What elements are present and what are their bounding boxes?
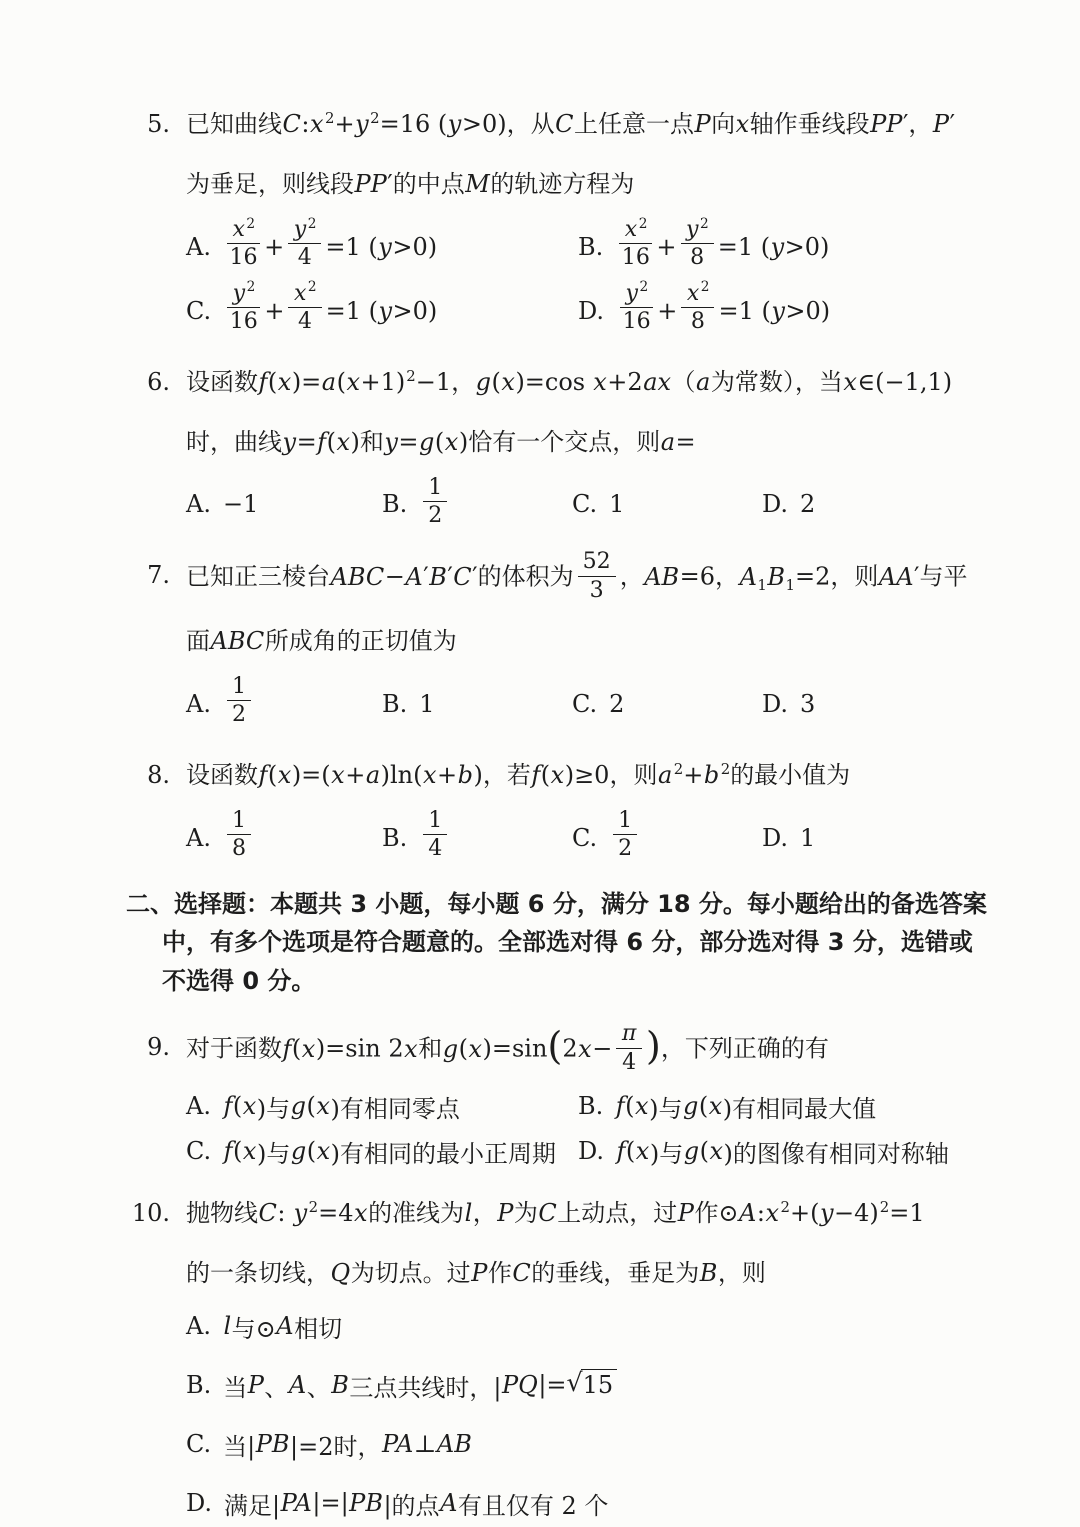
question-number: 8. <box>130 751 186 865</box>
option-A: A.x216+y24=1 (y>0) <box>186 220 578 274</box>
option-label: A. <box>186 490 211 518</box>
fraction: y28 <box>681 217 714 271</box>
option-label: D. <box>762 490 788 518</box>
option-label: B. <box>578 1092 603 1120</box>
option-label: B. <box>382 824 407 852</box>
option-label: C. <box>186 1430 211 1458</box>
option-D: D.3 <box>762 677 1020 731</box>
option-label: C. <box>186 297 211 325</box>
fraction: y216 <box>620 281 653 335</box>
question-stem-line: 为垂足，则线段PP′的中点M的轨迹方程为 <box>186 160 1020 208</box>
option-C: C.当|PB|=2时，PA⊥AB <box>186 1427 1020 1462</box>
option-text: 1 <box>800 824 815 852</box>
question-9: 9.对于函数f(x)=sin 2x和g(x)=sin(2x−π4)，下列正确的有… <box>130 1023 1020 1169</box>
option-text: x216+y24=1 (y>0) <box>223 220 437 274</box>
question-number: 10. <box>130 1189 186 1521</box>
option-B: B.12 <box>382 478 572 532</box>
option-A: A.−1 <box>186 478 382 532</box>
fraction: x216 <box>227 217 260 271</box>
question-body: 设函数f(x)=a(x+1)2−1，g(x)=cos x+2ax（a为常数），当… <box>186 358 1020 532</box>
fraction: 12 <box>613 808 637 862</box>
question-body: 已知曲线C:x2+y2=16 (y>0)，从C上任意一点P向x轴作垂线段PP′，… <box>186 100 1020 338</box>
question-stem-line: 面ABC所成角的正切值为 <box>186 617 1020 665</box>
questions-container: 5.已知曲线C:x2+y2=16 (y>0)，从C上任意一点P向x轴作垂线段PP… <box>130 100 1020 1521</box>
question-stem-line: 对于函数f(x)=sin 2x和g(x)=sin(2x−π4)，下列正确的有 <box>186 1023 1020 1077</box>
options-grid: A.l与⊙A相切B.当P、A、B三点共线时，|PQ|=√15C.当|PB|=2时… <box>186 1309 1020 1521</box>
question-stem-line: 已知正三棱台ABC−A′B′C′的体积为523，AB=6，A1B1=2，则AA′… <box>186 551 1020 605</box>
question-stem-line: 的一条切线，Q为切点。过P作C的垂线，垂足为B，则 <box>186 1249 1020 1297</box>
option-label: A. <box>186 690 211 718</box>
option-text: y216+x24=1 (y>0) <box>223 284 437 338</box>
fraction: x216 <box>619 217 652 271</box>
question-stem-line: 抛物线C: y2=4x的准线为l，P为C上动点，过P作⊙A:x2+(y−4)2=… <box>186 1189 1020 1237</box>
option-text: 1 <box>609 490 624 518</box>
option-C: C.2 <box>572 677 762 731</box>
option-text: 2 <box>609 690 624 718</box>
fraction: x24 <box>288 281 321 335</box>
option-D: D.1 <box>762 811 1020 865</box>
option-C: C.1 <box>572 478 762 532</box>
question-stem-line: 已知曲线C:x2+y2=16 (y>0)，从C上任意一点P向x轴作垂线段PP′，… <box>186 100 1020 148</box>
section-header-line: 不选得 0 分。 <box>126 962 1020 1001</box>
question-stem-line: 设函数f(x)=(x+a)ln(x+b)，若f(x)≥0，则a2+b2的最小值为 <box>186 751 1020 799</box>
option-C: C.12 <box>572 811 762 865</box>
option-text: 12 <box>419 478 451 532</box>
option-B: B.f(x)与g(x)有相同最大值 <box>578 1089 1020 1124</box>
option-text: 当P、A、B三点共线时，|PQ|=√15 <box>223 1368 617 1403</box>
option-B: B.14 <box>382 811 572 865</box>
fraction: 12 <box>227 674 251 728</box>
option-label: C. <box>186 1137 211 1165</box>
fraction: 12 <box>423 475 447 529</box>
section-2-header: 二、选择题：本题共 3 小题，每小题 6 分，满分 18 分。每小题给出的备选答… <box>126 885 1020 1002</box>
question-number: 7. <box>130 551 186 731</box>
option-D: D.f(x)与g(x)的图像有相同对称轴 <box>578 1134 1020 1169</box>
option-label: C. <box>572 824 597 852</box>
fraction: 18 <box>227 808 251 862</box>
option-text: 18 <box>223 811 255 865</box>
question-10: 10.抛物线C: y2=4x的准线为l，P为C上动点，过P作⊙A:x2+(y−4… <box>130 1189 1020 1521</box>
option-C: C.y216+x24=1 (y>0) <box>186 284 578 338</box>
option-text: 12 <box>609 811 641 865</box>
section-header-line: 二、选择题：本题共 3 小题，每小题 6 分，满分 18 分。每小题给出的备选答… <box>126 885 1020 924</box>
question-body: 对于函数f(x)=sin 2x和g(x)=sin(2x−π4)，下列正确的有A.… <box>186 1023 1020 1169</box>
option-label: D. <box>762 690 788 718</box>
option-label: C. <box>572 690 597 718</box>
option-text: −1 <box>223 490 258 518</box>
option-D: D.2 <box>762 478 1020 532</box>
question-5: 5.已知曲线C:x2+y2=16 (y>0)，从C上任意一点P向x轴作垂线段PP… <box>130 100 1020 338</box>
options-grid: A.18B.14C.12D.1 <box>186 811 1020 865</box>
fraction: y216 <box>227 281 260 335</box>
option-A: A.18 <box>186 811 382 865</box>
question-body: 抛物线C: y2=4x的准线为l，P为C上动点，过P作⊙A:x2+(y−4)2=… <box>186 1189 1020 1521</box>
question-number: 9. <box>130 1023 186 1169</box>
options-grid: A.−1B.12C.1D.2 <box>186 478 1020 532</box>
fraction: π4 <box>616 1021 642 1075</box>
option-label: A. <box>186 233 211 261</box>
option-D: D.满足|PA|=|PB|的点A有且仅有 2 个 <box>186 1486 1020 1521</box>
option-text: 满足|PA|=|PB|的点A有且仅有 2 个 <box>224 1486 608 1521</box>
options-grid: A.x216+y24=1 (y>0)B.x216+y28=1 (y>0)C.y2… <box>186 220 1020 338</box>
option-text: f(x)与g(x)的图像有相同对称轴 <box>616 1134 949 1169</box>
question-number: 6. <box>130 358 186 532</box>
option-B: B.x216+y28=1 (y>0) <box>578 220 1020 274</box>
options-grid: A.f(x)与g(x)有相同零点B.f(x)与g(x)有相同最大值C.f(x)与… <box>186 1089 1020 1169</box>
question-stem-line: 时，曲线y=f(x)和y=g(x)恰有一个交点，则a= <box>186 418 1020 466</box>
option-label: D. <box>762 824 788 852</box>
question-body: 设函数f(x)=(x+a)ln(x+b)，若f(x)≥0，则a2+b2的最小值为… <box>186 751 1020 865</box>
fraction: x28 <box>681 281 714 335</box>
option-text: 3 <box>800 690 815 718</box>
fraction: y24 <box>288 217 321 271</box>
option-text: f(x)与g(x)有相同零点 <box>223 1089 460 1124</box>
option-label: D. <box>578 297 604 325</box>
question-body: 已知正三棱台ABC−A′B′C′的体积为523，AB=6，A1B1=2，则AA′… <box>186 551 1020 731</box>
option-label: D. <box>186 1489 212 1517</box>
option-text: 14 <box>419 811 451 865</box>
exam-document: 5.已知曲线C:x2+y2=16 (y>0)，从C上任意一点P向x轴作垂线段PP… <box>0 0 1080 1521</box>
question-number: 5. <box>130 100 186 338</box>
option-D: D.y216+x28=1 (y>0) <box>578 284 1020 338</box>
option-label: B. <box>186 1371 211 1399</box>
option-text: x216+y28=1 (y>0) <box>615 220 829 274</box>
option-A: A.f(x)与g(x)有相同零点 <box>186 1089 578 1124</box>
option-A: A.12 <box>186 677 382 731</box>
option-text: 12 <box>223 677 255 731</box>
option-text: f(x)与g(x)有相同的最小正周期 <box>223 1134 556 1169</box>
option-A: A.l与⊙A相切 <box>186 1309 1020 1344</box>
option-text: 2 <box>800 490 815 518</box>
question-7: 7.已知正三棱台ABC−A′B′C′的体积为523，AB=6，A1B1=2，则A… <box>130 551 1020 731</box>
option-C: C.f(x)与g(x)有相同的最小正周期 <box>186 1134 578 1169</box>
question-stem-line: 设函数f(x)=a(x+1)2−1，g(x)=cos x+2ax（a为常数），当… <box>186 358 1020 406</box>
fraction: 523 <box>578 549 616 603</box>
option-label: A. <box>186 1312 211 1340</box>
option-text: y216+x28=1 (y>0) <box>616 284 830 338</box>
options-grid: A.12B.1C.2D.3 <box>186 677 1020 731</box>
option-label: C. <box>572 490 597 518</box>
option-label: B. <box>382 490 407 518</box>
option-text: f(x)与g(x)有相同最大值 <box>615 1089 876 1124</box>
question-6: 6.设函数f(x)=a(x+1)2−1，g(x)=cos x+2ax（a为常数）… <box>130 358 1020 532</box>
option-B: B.1 <box>382 677 572 731</box>
option-label: D. <box>578 1137 604 1165</box>
option-label: B. <box>578 233 603 261</box>
option-text: 当|PB|=2时，PA⊥AB <box>223 1427 472 1462</box>
option-label: A. <box>186 1092 211 1120</box>
fraction: 14 <box>423 808 447 862</box>
question-8: 8.设函数f(x)=(x+a)ln(x+b)，若f(x)≥0，则a2+b2的最小… <box>130 751 1020 865</box>
square-root: √15 <box>567 1369 618 1400</box>
option-label: B. <box>382 690 407 718</box>
option-text: l与⊙A相切 <box>223 1309 342 1344</box>
section-header-line: 中，有多个选项是符合题意的。全部选对得 6 分，部分选对得 3 分，选错或 <box>126 923 1020 962</box>
option-B: B.当P、A、B三点共线时，|PQ|=√15 <box>186 1368 1020 1403</box>
option-label: A. <box>186 824 211 852</box>
option-text: 1 <box>419 690 434 718</box>
